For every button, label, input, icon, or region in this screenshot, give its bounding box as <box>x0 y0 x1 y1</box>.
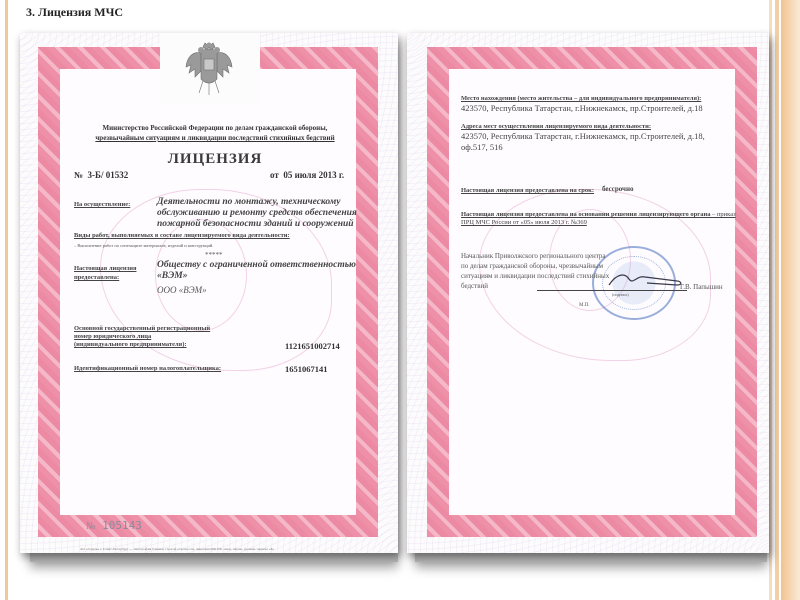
basis-label: Настоящая лицензия предоставлена на осно… <box>461 211 741 227</box>
printer-footer: АО «Гознак» г. Санкт-Петербург — типогра… <box>80 547 350 551</box>
signer-name: Г.В. Папышин <box>680 283 723 291</box>
separator-stars: ***** <box>205 251 223 259</box>
ogrn-label: Основной государственный регистрационный… <box>74 325 210 349</box>
license-title: ЛИЦЕНЗИЯ <box>80 151 350 168</box>
term-value: бессрочно <box>602 185 634 193</box>
signature-icon <box>607 269 687 289</box>
ministry-line-2: чрезвычайным ситуациям и ликвидации посл… <box>80 133 350 143</box>
signature-line <box>537 289 687 291</box>
slide-title: 3. Лицензия МЧС <box>26 5 123 20</box>
license-number-value: 3-Б/ 01532 <box>88 170 129 180</box>
issued-to-label: Настоящая лицензия предоставлена: <box>74 264 136 282</box>
ogrn-value: 1121651002714 <box>285 341 340 351</box>
slide-right-accent-bars <box>769 0 800 600</box>
works-item: – Выполнение работ по огнезащите материа… <box>74 243 213 248</box>
issued-to-value: Обществу с ограниченной ответственностью… <box>157 260 357 282</box>
inn-label: Идентификационный номер налогоплательщик… <box>74 365 221 372</box>
location-label: Место нахождения (место жительства – для… <box>461 95 701 102</box>
activity-address-label: Адреса мест осуществления лицензируемого… <box>461 123 651 130</box>
activity-address-value: 423570, Республика Татарстан, г.Нижнекам… <box>461 131 731 153</box>
term-label: Настоящая лицензия предоставлена на срок… <box>461 187 594 194</box>
license-date-value: 05 июля 2013 г. <box>283 170 344 180</box>
works-label: Виды работ, выполняемых в составе лиценз… <box>74 232 290 239</box>
ministry-line-1: Министерство Российской Федерации по дел… <box>80 123 350 133</box>
seal-place-label: М.П. <box>579 303 590 308</box>
license-number: № 3-Б/ 01532 <box>74 170 128 180</box>
issued-to-short-name: ООО «ВЭМ» <box>157 285 207 295</box>
signature-caption: (подпись) <box>612 292 629 297</box>
ministry-header: Министерство Российской Федерации по дел… <box>80 123 350 143</box>
inn-value: 1651067141 <box>285 364 328 374</box>
license-page-back: Место нахождения (место жительства – для… <box>407 33 769 553</box>
coat-of-arms-icon <box>183 41 235 97</box>
license-page-front: Министерство Российской Федерации по дел… <box>20 33 398 553</box>
chief-title: Начальник Приволжского регионального цен… <box>461 251 611 291</box>
location-value: 423570, Республика Татарстан, г.Нижнекам… <box>461 103 703 114</box>
activity-value: Деятельности по монтажу, техническому об… <box>157 197 357 230</box>
license-date: от 05 июля 2013 г. <box>270 170 344 180</box>
blank-serial-number: № 105143 <box>86 519 142 532</box>
slide-left-accent-bar <box>5 0 8 600</box>
activity-label: На осуществление: <box>74 201 130 208</box>
